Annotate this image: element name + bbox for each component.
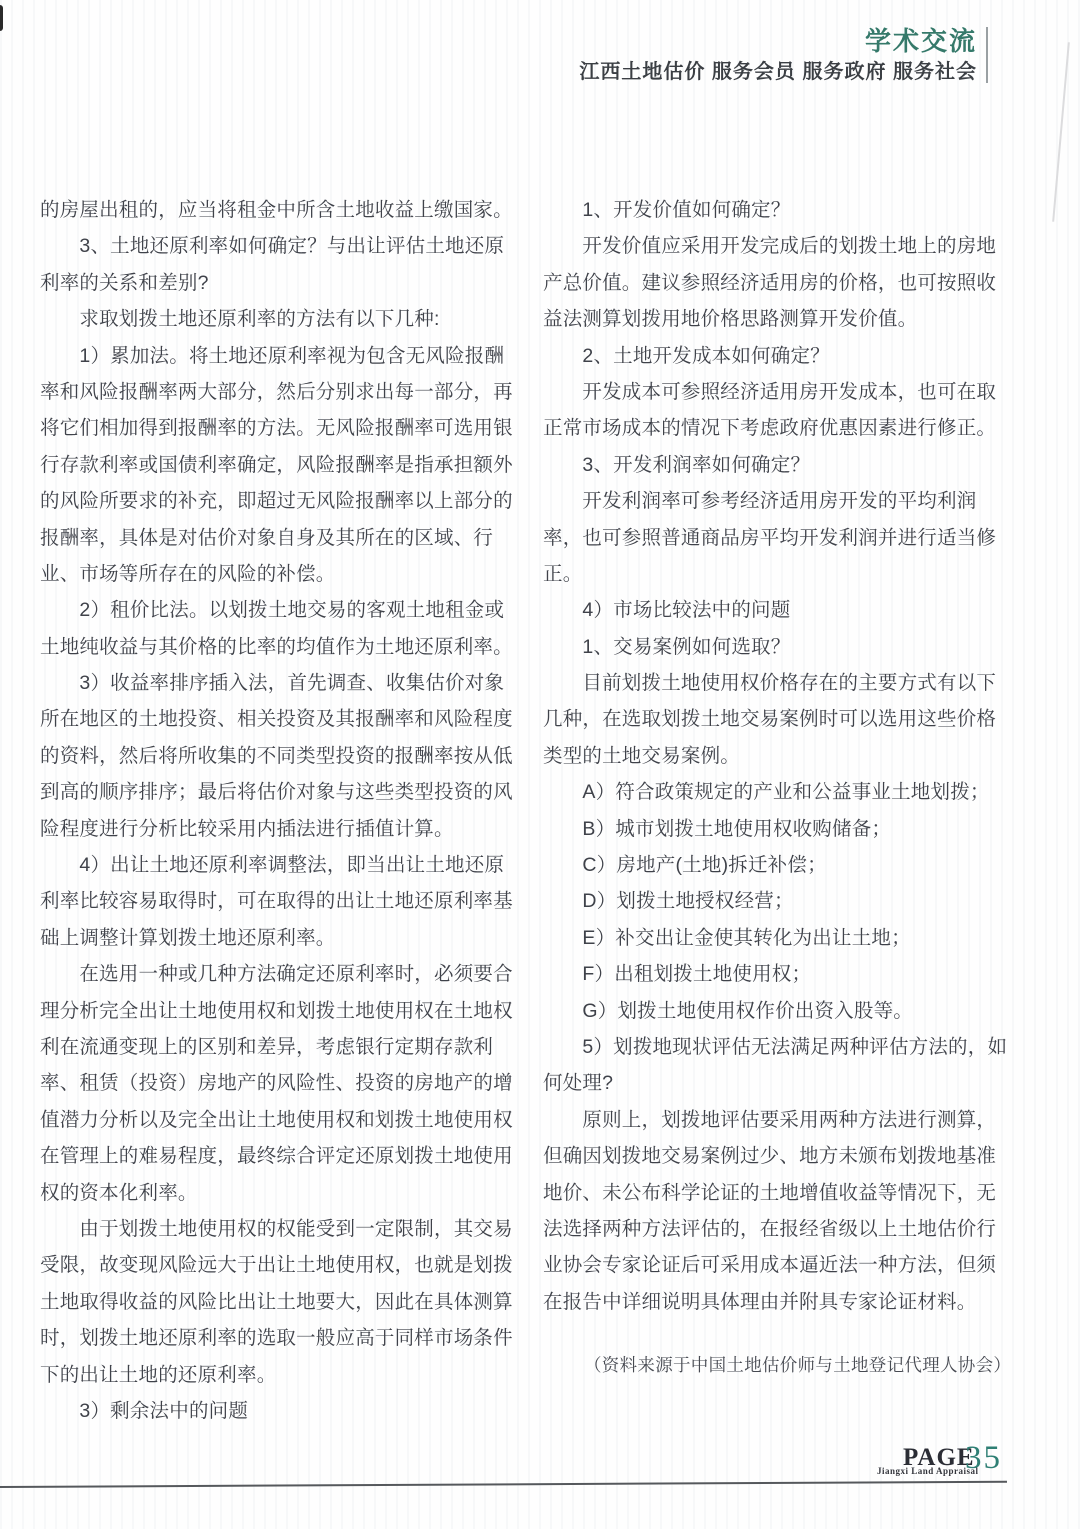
text-line: 利在流通变现上的区别和差异，考虑银行定期存款利 [40, 1029, 514, 1065]
text-line: 3、开发利润率如何确定？ [543, 447, 1017, 483]
text-line: 求取划拨土地还原利率的方法有以下几种: [40, 301, 514, 337]
text-line: 受限，故变现风险远大于出让土地使用权，也就是划拨 [40, 1247, 514, 1283]
text-line: 的资料，然后将所收集的不同类型投资的报酬率按从低 [40, 738, 514, 774]
text-line: 由于划拨土地使用权的权能受到一定限制，其交易 [40, 1211, 514, 1247]
text-line: 1）累加法。将土地还原利率视为包含无风险报酬 [40, 338, 514, 374]
text-line: 土地取得收益的风险比出让土地要大，因此在具体测算 [40, 1284, 514, 1320]
text-line: 3）收益率排序插入法，首先调查、收集估价对象 [40, 665, 514, 701]
text-line: 1、交易案例如何选取？ [543, 629, 1017, 665]
text-line: 值潜力分析以及完全出让土地使用权和划拨土地使用权 [40, 1102, 514, 1138]
text-line: 在管理上的难易程度，最终综合评定还原划拨土地使用 [40, 1138, 514, 1174]
text-line: 但确因划拨地交易案例过少、地方未颁布划拨地基准 [543, 1138, 1017, 1174]
page-header: 学术交流 江西土地估价 服务会员 服务政府 服务社会 [579, 26, 977, 86]
text-line: C）房地产(土地)拆迁补偿； [543, 847, 1017, 883]
text-line: 率、租赁（投资）房地产的风险性、投资的房地产的增 [40, 1065, 514, 1101]
text-line: 在选用一种或几种方法确定还原利率时，必须要合 [40, 956, 514, 992]
text-line: 率和风险报酬率两大部分，然后分别求出每一部分，再 [40, 374, 514, 410]
text-line: 利率比较容易取得时，可在取得的出让土地还原利率基 [40, 883, 514, 919]
scan-edge-mark [0, 5, 3, 31]
text-line: 业协会专家论证后可采用成本逼近法一种方法，但须 [543, 1247, 1017, 1283]
text-line: 2、土地开发成本如何确定？ [543, 338, 1017, 374]
text-line: 报酬率，具体是对估价对象自身及其所在的区域、行 [40, 520, 514, 556]
source-attribution: （资料来源于中国土地估价师与土地登记代理人协会） [584, 1352, 1011, 1377]
text-line: 利率的关系和差别? [40, 265, 514, 301]
text-line: 几种，在选取划拨土地交易案例时可以选用这些价格 [543, 701, 1017, 737]
text-line: 何处理? [543, 1065, 1017, 1101]
text-line: 开发利润率可参考经济适用房开发的平均利润 [543, 483, 1017, 519]
text-line: 4）市场比较法中的问题 [543, 592, 1017, 628]
footer-page-label: PAGE [903, 1444, 975, 1472]
text-line: G）划拨土地使用权作价出资入股等。 [543, 993, 1017, 1029]
text-line: 在报告中详细说明具体理由并附具专家论证材料。 [543, 1284, 1017, 1320]
text-line: 2）租价比法。以划拨土地交易的客观土地租金或 [40, 592, 514, 628]
text-line: 法选择两种方法评估的，在报经省级以上土地估价行 [543, 1211, 1017, 1247]
text-line: 土地纯收益与其价格的比率的均值作为土地还原利率。 [40, 629, 514, 665]
text-line: 正常市场成本的情况下考虑政府优惠因素进行修正。 [543, 410, 1017, 446]
text-line: 行存款利率或国债利率确定，风险报酬率是指承担额外 [40, 447, 514, 483]
text-line: 所在地区的土地投资、相关投资及其报酬率和风险程度 [40, 701, 514, 737]
text-line: 开发价值应采用开发完成后的划拨土地上的房地 [543, 228, 1017, 264]
text-line: 将它们相加得到报酬率的方法。无风险报酬率可选用银 [40, 410, 514, 446]
right-text-column: 1、开发价值如何确定？ 开发价值应采用开发完成后的划拨土地上的房地产总价值。建议… [543, 192, 1017, 1320]
section-title: 学术交流 [579, 26, 977, 56]
text-line: 产总价值。建议参照经济适用房的价格，也可按照收 [543, 265, 1017, 301]
text-line: 率，也可参照普通商品房平均开发利润并进行适当修 [543, 520, 1017, 556]
text-line: 的风险所要求的补充，即超过无风险报酬率以上部分的 [40, 483, 514, 519]
text-line: 理分析完全出让土地使用权和划拨土地使用权在土地权 [40, 993, 514, 1029]
text-line: A）符合政策规定的产业和公益事业土地划拨； [543, 774, 1017, 810]
scanned-document-page: 学术交流 江西土地估价 服务会员 服务政府 服务社会 的房屋出租的，应当将租金中… [0, 0, 1080, 1529]
text-line: 目前划拨土地使用权价格存在的主要方式有以下 [543, 665, 1017, 701]
text-line: 1、开发价值如何确定？ [543, 192, 1017, 228]
text-line: 地价、未公布科学论证的土地增值收益等情况下，无 [543, 1175, 1017, 1211]
text-line: 开发成本可参照经济适用房开发成本，也可在取 [543, 374, 1017, 410]
footer-rule-line [0, 1481, 1007, 1488]
footer-page-number: 35 [965, 1440, 1002, 1477]
text-line: F）出租划拨土地使用权； [543, 956, 1017, 992]
text-line: 3）剩余法中的问题 [40, 1393, 514, 1429]
text-line: B）城市划拨土地使用权收购储备； [543, 811, 1017, 847]
text-line: 正。 [543, 556, 1017, 592]
scan-streak-artifact [1052, 42, 1070, 221]
text-line: 的房屋出租的，应当将租金中所含土地收益上缴国家。 [40, 192, 514, 228]
header-vertical-divider [986, 27, 988, 83]
text-line: 时，划拨土地还原利率的选取一般应高于同样市场条件 [40, 1320, 514, 1356]
text-line: 到高的顺序排序；最后将估价对象与这些类型投资的风 [40, 774, 514, 810]
text-line: 益法测算划拨用地价格思路测算开发价值。 [543, 301, 1017, 337]
text-line: 类型的土地交易案例。 [543, 738, 1017, 774]
text-line: E）补交出让金使其转化为出让土地； [543, 920, 1017, 956]
journal-slogan: 江西土地估价 服务会员 服务政府 服务社会 [579, 58, 977, 86]
text-line: 业、市场等所存在的风险的补偿。 [40, 556, 514, 592]
text-line: 险程度进行分析比较采用内插法进行插值计算。 [40, 811, 514, 847]
text-line: D）划拨土地授权经营； [543, 883, 1017, 919]
text-line: 4）出让土地还原利率调整法，即当出让土地还原 [40, 847, 514, 883]
left-text-column: 的房屋出租的，应当将租金中所含土地收益上缴国家。 3、土地还原利率如何确定？与出… [40, 192, 514, 1429]
text-line: 5）划拨地现状评估无法满足两种评估方法的，如 [543, 1029, 1017, 1065]
text-line: 3、土地还原利率如何确定？与出让评估土地还原 [40, 228, 514, 264]
text-line: 础上调整计算划拨土地还原利率。 [40, 920, 514, 956]
text-line: 权的资本化利率。 [40, 1175, 514, 1211]
text-line: 下的出让土地的还原利率。 [40, 1357, 514, 1393]
text-line: 原则上，划拨地评估要采用两种方法进行测算， [543, 1102, 1017, 1138]
